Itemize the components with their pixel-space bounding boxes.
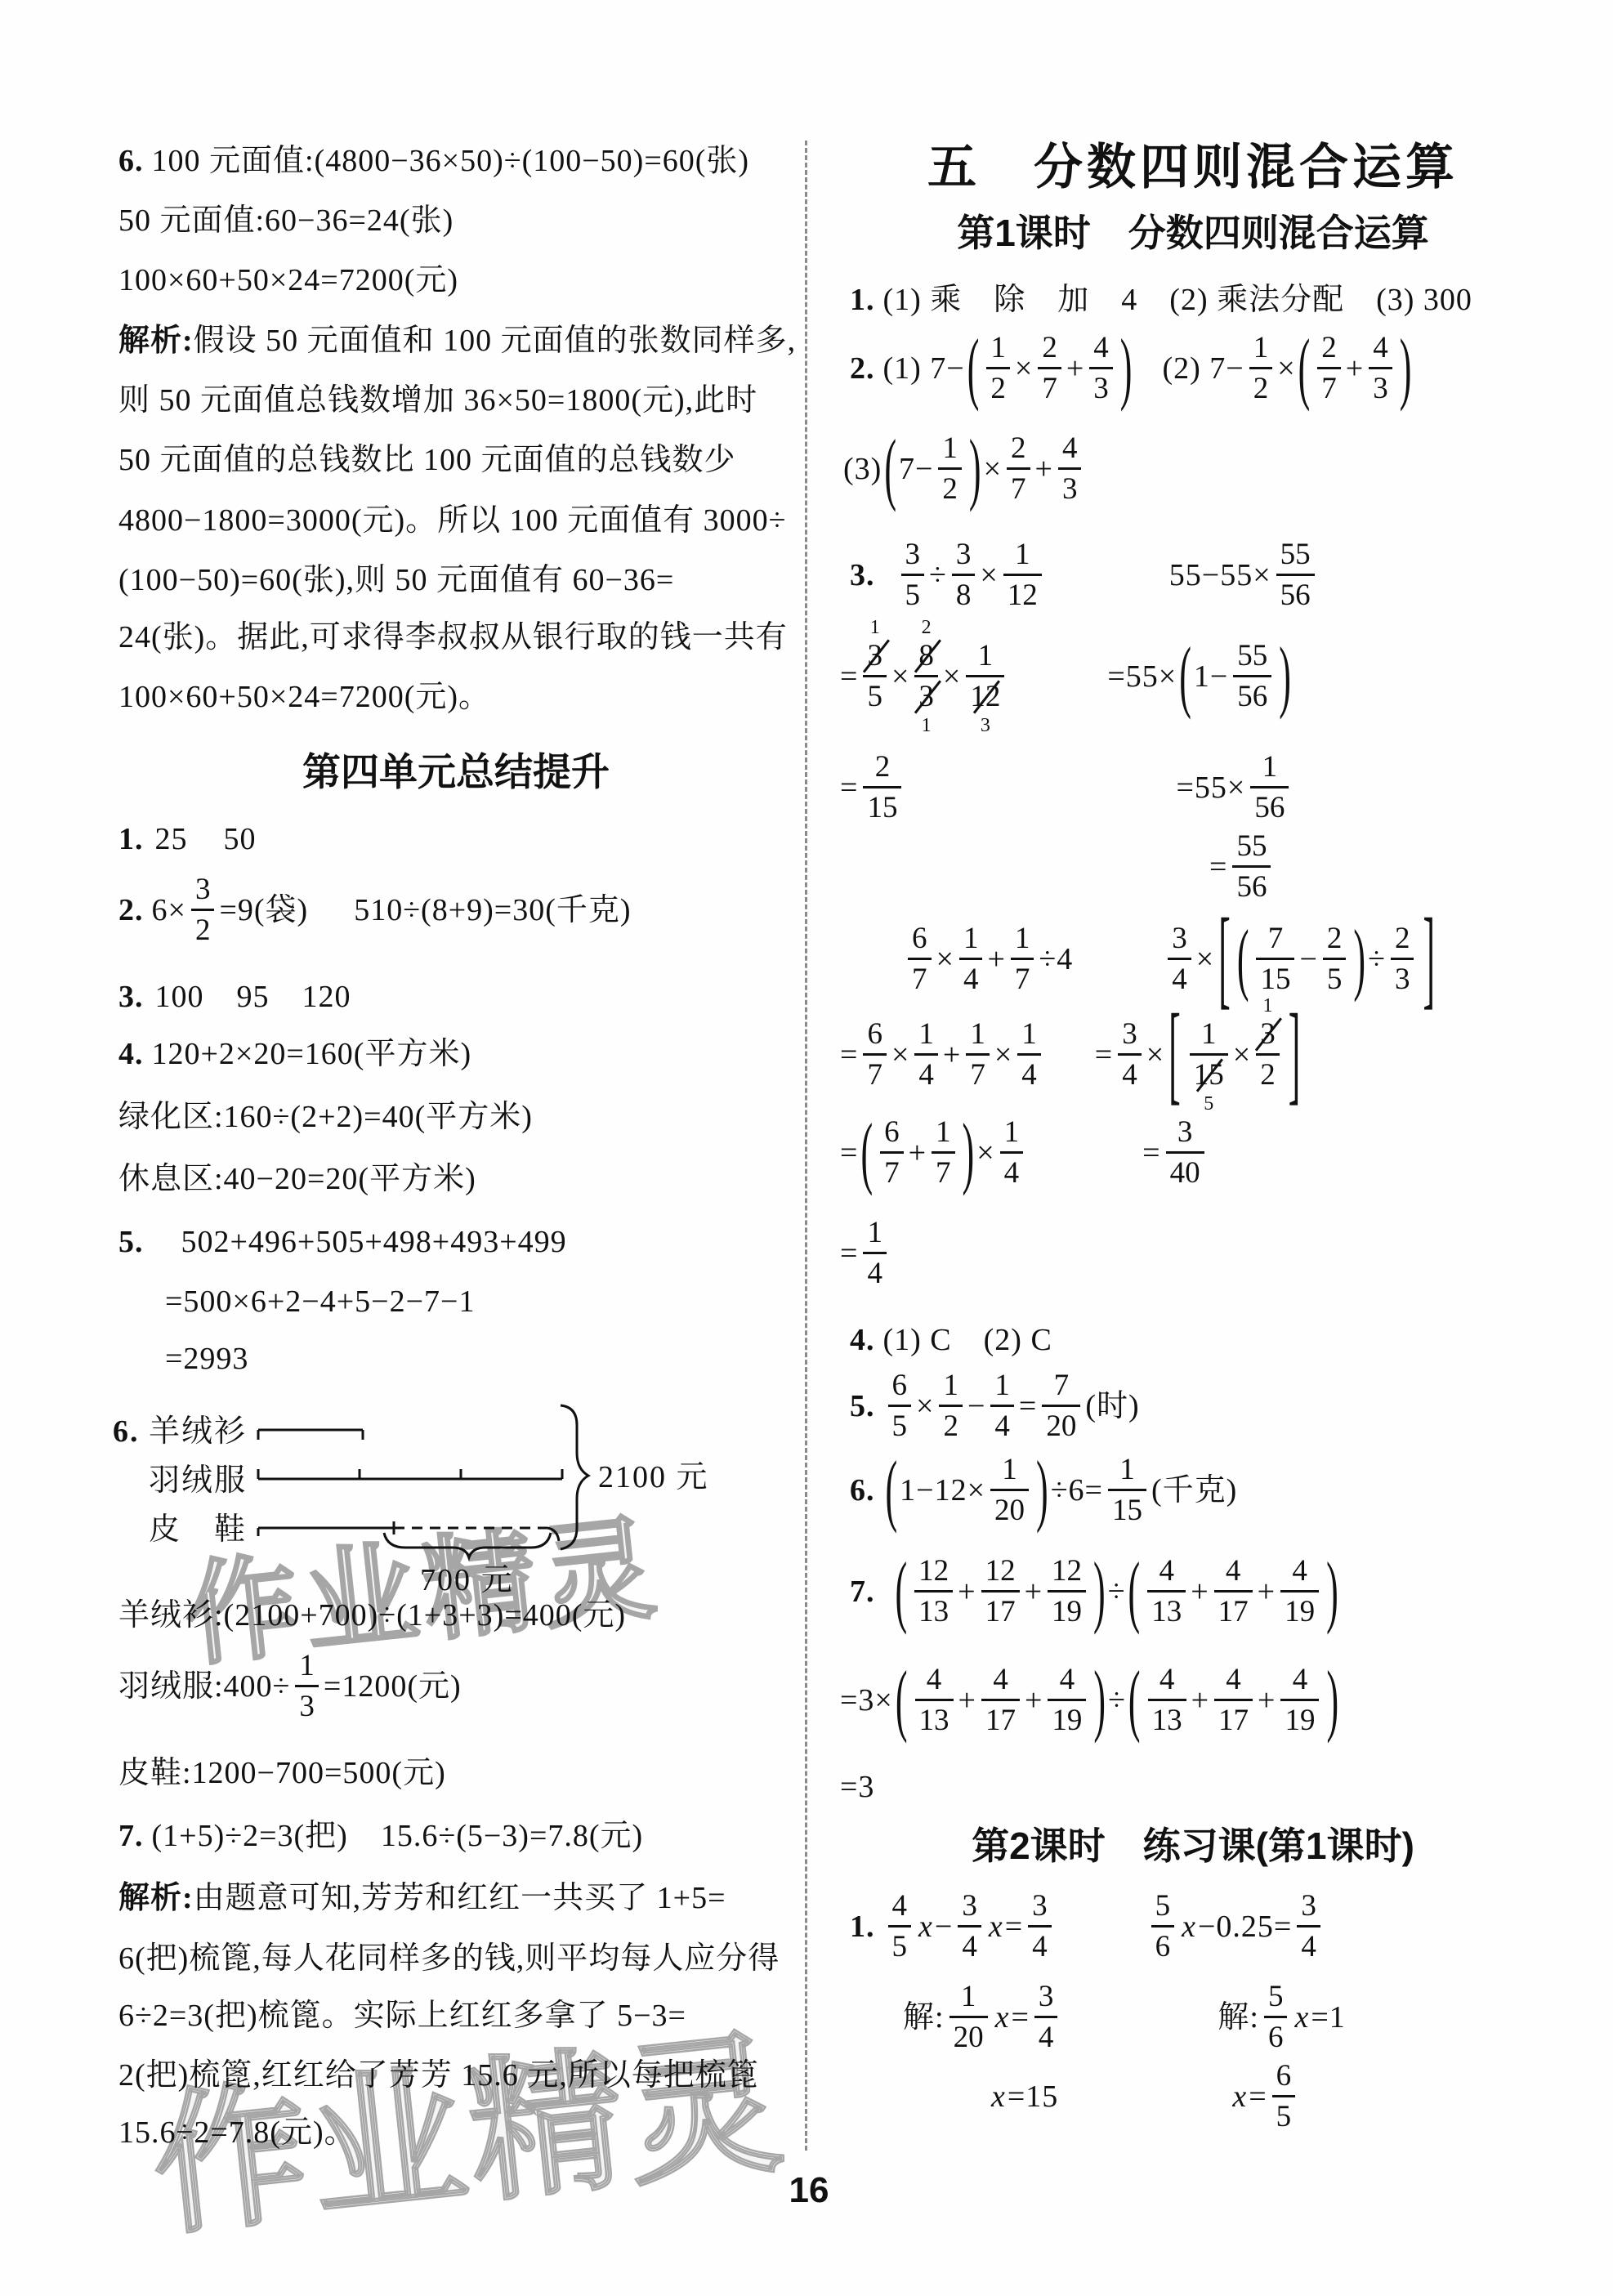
fraction: 417 [1214, 1554, 1253, 1629]
fraction: 215 [863, 750, 901, 825]
math-text: 510÷(8+9)=30(千克) [354, 886, 631, 935]
fraction: 56 [1151, 1889, 1175, 1964]
math-text: 2(把)梳篦,红红给了芳芳 15.6 元,所以每把梳篦 [118, 2051, 759, 2100]
spacer [875, 1926, 883, 1927]
spacer [875, 574, 896, 575]
fraction: 14 [990, 1369, 1014, 1444]
fraction-numerator: 4 [923, 1663, 946, 1696]
fraction-numerator: 2 [1317, 331, 1341, 364]
math-variable: x [989, 2072, 1008, 2121]
fraction-bar [1034, 2016, 1058, 2018]
fraction-numerator: 8 [914, 639, 938, 672]
fraction-numerator: 3 [1297, 1889, 1320, 1923]
fraction: 14 [1017, 1017, 1041, 1092]
math-text: 解: [903, 1993, 945, 2042]
fraction-bar [863, 1053, 887, 1056]
fraction-bar [915, 1699, 954, 1701]
math-text: −0.25= [1198, 1902, 1292, 1951]
math-text: × [936, 935, 954, 984]
fraction-numerator: 1 [1197, 1017, 1221, 1051]
fraction-bar [938, 467, 962, 470]
diagram-row2-bar [258, 1469, 562, 1479]
diagram-under-label: 700 元 [420, 1563, 514, 1597]
fraction-numerator: 6 [908, 922, 932, 955]
math-text: 6(把)梳篦,每人花同样多的钱,则平均每人应分得 [118, 1934, 780, 1983]
big-paren: ) [963, 1097, 975, 1208]
fraction-denominator: 7 [863, 1058, 887, 1092]
fraction: 25 [1323, 922, 1347, 997]
math-text: = [840, 763, 858, 812]
fraction-bar [959, 958, 983, 960]
math-line: =3 [840, 1762, 874, 1811]
math-text: + [987, 935, 1005, 984]
fraction-bar [1118, 1053, 1142, 1056]
math-line: =135×2831×1123=55×(1−5556) [840, 639, 1294, 714]
math-text: 502+496+505+498+493+499 [181, 1217, 567, 1266]
fraction-denominator: 5 [901, 578, 925, 612]
fraction-denominator: 13 [1147, 1595, 1186, 1628]
fraction-denominator: 4 [959, 963, 983, 996]
item-number: 7. [118, 1811, 144, 1860]
math-text: = [1142, 1128, 1160, 1177]
fraction-denominator: 19 [1280, 1595, 1319, 1628]
math-line: 6÷2=3(把)梳篦。实际上红红多拿了 5−3= [118, 1991, 686, 2040]
math-line: 皮鞋:1200−700=500(元) [118, 1749, 446, 1798]
math-variable: x [916, 1902, 935, 1951]
spacer [144, 909, 152, 910]
fraction-numerator: 3 [1028, 1889, 1052, 1923]
math-line: 绿化区:160÷(2+2)=40(平方米) [118, 1092, 533, 1141]
fraction: 419 [1280, 1663, 1319, 1738]
fraction-denominator: 19 [1048, 1704, 1086, 1737]
math-text: − [935, 1902, 953, 1951]
math-text: × [1233, 1030, 1251, 1079]
fraction-bar [981, 1590, 1020, 1592]
workbook-answer-page: 作业精灵 作业精灵 第四单元总结提升 五 分数四则混合运算 第1课时 分数四则混… [0, 0, 1613, 2296]
fraction-denominator: 15 [863, 791, 901, 824]
math-text: =1 [1311, 1993, 1345, 2042]
fraction-denominator: 12 [966, 680, 1004, 713]
math-text: + [1258, 1676, 1276, 1725]
math-text: ÷ [929, 551, 947, 600]
fraction-bar [1038, 367, 1061, 369]
math-text: + [1258, 1567, 1276, 1616]
fraction-bar [958, 1925, 981, 1927]
math-line: (3) (7−12)×27+43 [843, 431, 1086, 507]
math-text: + [1025, 1676, 1043, 1725]
math-text: =1200(元) [324, 1662, 462, 1711]
fraction-numerator: 2 [1007, 431, 1030, 465]
math-text: + [943, 1030, 961, 1079]
fraction-numerator: 1 [914, 1017, 938, 1051]
fraction-numerator: 1 [1000, 1115, 1024, 1149]
item-number: 7. [850, 1567, 875, 1616]
item-number: 5. [118, 1217, 144, 1266]
fraction-bar [863, 675, 887, 677]
fraction-denominator: 15 [1108, 1494, 1146, 1527]
fraction-numerator: 3 [863, 639, 887, 672]
fraction-bar [1232, 865, 1271, 868]
fraction-numerator: 1 [998, 1453, 1021, 1486]
diagram-item-number: 6. [113, 1414, 140, 1449]
spacer [875, 1490, 883, 1490]
cancel-annotation: 3 [981, 716, 990, 735]
fraction-bar [191, 909, 215, 911]
math-line: 羽绒服:400÷13=1200(元) [118, 1649, 462, 1724]
fraction-bar [863, 786, 901, 788]
fraction-denominator: 2 [986, 372, 1010, 405]
fraction-denominator: 13 [915, 1704, 954, 1737]
math-variable: x [993, 1993, 1012, 2042]
item-number: 解析: [118, 316, 194, 365]
fraction-numerator: 1 [959, 922, 983, 955]
fraction-bar [908, 958, 932, 960]
spacer [144, 839, 155, 840]
big-paren: ) [1400, 313, 1412, 423]
spacer [144, 1054, 152, 1055]
fraction-denominator: 2 [938, 472, 962, 506]
math-text: × [980, 551, 998, 600]
math-line: x=15x=65 [989, 2059, 1300, 2134]
fraction-denominator: 19 [1280, 1704, 1319, 1737]
big-paren: ( [1128, 1645, 1141, 1755]
math-line: 4.(1) C (2) C [850, 1316, 1052, 1365]
spacer [1046, 1054, 1095, 1055]
fraction-denominator: 4 [1297, 1930, 1320, 1963]
fraction-bar [1280, 1590, 1319, 1592]
fraction-denominator: 4 [914, 1058, 938, 1092]
big-paren: ) [1120, 313, 1133, 423]
big-paren: ) [1279, 621, 1291, 731]
left-column: 6.100 元面值:(4800−36×50)÷(100−50)=60(张)50 … [106, 0, 806, 2296]
math-line: 15.6÷2=7.8(元)。 [118, 2108, 356, 2157]
fraction-bar [914, 675, 938, 677]
math-text: × [1277, 344, 1295, 393]
math-text: × [984, 444, 1002, 494]
fraction-numerator: 55 [1276, 538, 1315, 571]
math-text: 羽绒服:400÷ [118, 1662, 290, 1711]
bar-diagram: 6. 羊绒衫 羽绒服 皮 鞋 700 元 2100 元 [106, 1383, 806, 1619]
big-paren: ) [1353, 904, 1365, 1014]
big-paren: ] [1289, 979, 1301, 1131]
fraction-numerator: 1 [1115, 1453, 1139, 1486]
big-paren: ( [967, 313, 980, 423]
fraction-numerator: 1 [957, 1980, 981, 2013]
big-paren: ) [1326, 1645, 1338, 1755]
big-paren: ) [1093, 1645, 1106, 1755]
fraction-numerator: 1 [938, 431, 962, 465]
math-line: 3.35÷38×11255−55×5556 [850, 538, 1320, 613]
math-line: 1.45x−34x=3456x−0.25=34 [850, 1889, 1325, 1964]
fraction: 65 [1272, 2059, 1296, 2134]
fraction-numerator: 1 [1017, 1017, 1041, 1051]
fraction-numerator: 2 [1038, 331, 1061, 364]
math-text: ÷ [1108, 1676, 1126, 1725]
fraction: 12 [938, 431, 962, 507]
fraction: 27 [1007, 431, 1030, 507]
fraction-denominator: 5 [1323, 963, 1347, 996]
math-text: = [840, 1128, 858, 1177]
fraction: 34 [1028, 1889, 1052, 1964]
fraction: 112 [1003, 538, 1042, 613]
big-paren: ( [1237, 904, 1249, 1014]
diagram-row3-label: 皮 鞋 [149, 1512, 247, 1547]
spacer [308, 909, 354, 910]
fraction-bar [1168, 958, 1191, 960]
fraction-denominator: 4 [1000, 1156, 1024, 1190]
big-paren: ( [1179, 621, 1191, 731]
fraction-bar [990, 1405, 1014, 1407]
item-number: 6. [850, 1466, 875, 1515]
fraction: 67 [880, 1115, 904, 1190]
math-line: =67×14+17×14=34×[1155×132] [840, 1017, 1304, 1092]
fraction-denominator: 2 [1249, 372, 1273, 405]
math-text: 120+2×20=160(平方米) [152, 1030, 472, 1079]
fraction: 45 [888, 1889, 912, 1964]
fraction-bar [1214, 1590, 1253, 1592]
fraction-bar [1250, 786, 1289, 788]
math-text: 6× [152, 886, 186, 935]
math-line: 则 50 元面值总钱数增加 36×50=1800(元),此时 [118, 376, 757, 425]
fraction-bar [888, 1925, 912, 1927]
item-number: 1. [850, 1902, 875, 1951]
fraction-bar [1048, 1699, 1086, 1701]
fraction-bar [901, 574, 925, 576]
fraction: 17 [1011, 922, 1034, 997]
fraction: 5556 [1233, 639, 1271, 714]
fraction-bar [952, 574, 976, 576]
math-text: × [1146, 1030, 1164, 1079]
math-text: = [1011, 1993, 1029, 2042]
math-text: (时) [1085, 1382, 1139, 1431]
right-column: 1.(1) 乘 除 加 4 (2) 乘法分配 (3) 3002.(1) 7−(1… [825, 0, 1561, 2296]
fraction-denominator: 7 [1317, 372, 1341, 405]
fraction-denominator: 56 [1232, 870, 1271, 904]
fraction: 17 [932, 1115, 955, 1190]
math-text: + [909, 1128, 927, 1177]
fraction-bar [888, 1405, 912, 1407]
fraction-bar [1017, 1053, 1041, 1056]
fraction-denominator: 17 [981, 1704, 1020, 1737]
spacer [1047, 574, 1169, 575]
fraction-numerator: 4 [1056, 1663, 1079, 1696]
fraction-denominator: 8 [952, 578, 976, 612]
fraction: 120 [949, 1980, 988, 2055]
math-line: 休息区:40−20=20(平方米) [118, 1155, 476, 1204]
fraction-numerator: 4 [1222, 1663, 1245, 1696]
math-text: 50 [224, 815, 257, 864]
math-line: 解析:由题意可知,芳芳和红红一共买了 1+5= [118, 1874, 726, 1923]
fraction: 34 [1118, 1017, 1142, 1092]
math-line: =14 [840, 1216, 891, 1291]
math-text: 解: [1218, 1993, 1259, 2042]
fraction-numerator: 12 [914, 1554, 953, 1588]
fraction: 27 [1317, 331, 1341, 406]
spacer [875, 1340, 883, 1341]
fraction-numerator: 4 [989, 1663, 1012, 1696]
fraction: 43 [1089, 331, 1113, 406]
fraction-bar [295, 1685, 319, 1687]
fraction: 12 [986, 331, 1010, 406]
math-text: 绿化区:160÷(2+2)=40(平方米) [118, 1092, 533, 1141]
big-paren: ( [886, 1435, 898, 1545]
fraction: 12 [1249, 331, 1273, 406]
item-number: 3. [850, 551, 875, 600]
spacer [875, 368, 883, 369]
fraction-numerator: 4 [1155, 1554, 1178, 1588]
fraction-bar [1264, 2016, 1288, 2018]
math-text: 100 元面值:(4800−36×50)÷(100−50)=60(张) [152, 136, 750, 185]
fraction-bar [1249, 367, 1273, 369]
math-text: = [840, 652, 858, 701]
big-paren: [ [1168, 979, 1181, 1131]
fraction-denominator: 7 [1038, 372, 1061, 405]
fraction: 34 [1034, 1980, 1058, 2055]
math-text: = [1095, 1030, 1113, 1079]
spacer [1028, 1152, 1142, 1153]
fraction: 115 [1108, 1453, 1146, 1528]
fraction-bar [949, 2016, 988, 2018]
fraction-numerator: 1 [966, 1017, 990, 1051]
fraction-numerator: 6 [863, 1017, 887, 1051]
fraction-denominator: 5 [1272, 2100, 1296, 2133]
fraction-bar [1147, 1590, 1186, 1592]
math-text: − [967, 1382, 985, 1431]
fraction-numerator: 1 [974, 639, 998, 672]
fraction-bar [880, 1151, 904, 1154]
fraction-bar [1003, 574, 1042, 576]
item-number: 2. [118, 886, 144, 935]
fraction-denominator: 4 [1017, 1058, 1041, 1092]
math-line: 100×60+50×24=7200(元) [118, 256, 458, 305]
fraction: 413 [1148, 1663, 1186, 1738]
fraction-denominator: 17 [981, 1595, 1020, 1628]
math-text: (1+5)÷2=3(把) [152, 1811, 348, 1860]
fraction-bar [1272, 2095, 1296, 2097]
fraction-denominator: 2 [939, 1409, 963, 1443]
fraction-numerator: 1 [863, 1216, 887, 1249]
fraction-numerator: 7 [1264, 922, 1288, 955]
fraction: 38 [952, 538, 976, 613]
spacer [144, 997, 155, 998]
fraction: 413 [915, 1663, 954, 1738]
math-text: 1− [1194, 652, 1228, 701]
fraction-numerator: 3 [901, 538, 925, 571]
fraction-bar [863, 1252, 887, 1254]
math-line: 5.502+496+505+498+493+499 [118, 1217, 567, 1266]
fraction-denominator: 56 [1276, 578, 1315, 612]
fraction-bar [1007, 467, 1030, 470]
fraction-denominator: 2 [1256, 1058, 1280, 1092]
fraction-bar [1058, 467, 1082, 470]
math-text: 95 [237, 972, 270, 1021]
fraction-numerator: 55 [1233, 639, 1271, 672]
fraction: 34 [958, 1889, 981, 1964]
math-text: = [1019, 1382, 1037, 1431]
big-paren: ) [1093, 1536, 1106, 1646]
fraction-numerator: 4 [1222, 1554, 1245, 1588]
math-text: =55× [1107, 652, 1177, 701]
fraction-numerator: 55 [1232, 829, 1271, 863]
fraction: 13 [295, 1649, 319, 1724]
big-paren: ( [896, 1536, 908, 1646]
fraction: 27 [1038, 331, 1061, 406]
fraction-denominator: 7 [880, 1156, 904, 1190]
fraction: 5556 [1232, 829, 1271, 905]
fraction-numerator: 12 [981, 1554, 1020, 1588]
big-paren: ) [1036, 1435, 1048, 1545]
fraction: 132 [1256, 1017, 1280, 1092]
math-text: 100 [155, 972, 204, 1021]
math-text: = [840, 1030, 858, 1079]
math-line: 解析:假设 50 元面值和 100 元面值的张数同样多, [118, 316, 796, 365]
math-line: 6.100 元面值:(4800−36×50)÷(100−50)=60(张) [118, 136, 749, 185]
fraction-bar [1048, 1590, 1086, 1592]
fraction-numerator: 1 [1011, 538, 1034, 571]
math-text: × [994, 1030, 1012, 1079]
spacer [1062, 2017, 1218, 2017]
spacer [1073, 958, 1163, 959]
fraction-denominator: 3 [1089, 372, 1113, 405]
math-text: (3) [843, 444, 882, 494]
fraction: 135 [863, 639, 887, 714]
diagram-row3-bar-solid [258, 1521, 394, 1536]
fraction: 5556 [1276, 538, 1315, 613]
fraction-numerator: 1 [986, 331, 1010, 364]
math-text: ÷ [1108, 1567, 1126, 1616]
item-number: 1. [118, 815, 144, 864]
fraction-numerator: 4 [1058, 431, 1082, 465]
spacer [144, 1242, 181, 1243]
fraction-denominator: 4 [863, 1257, 887, 1290]
math-text: = [1249, 2072, 1267, 2121]
fraction-numerator: 7 [1050, 1369, 1074, 1402]
item-number: 3. [118, 972, 144, 1021]
math-line: 50 元面值:60−36=24(张) [118, 196, 454, 245]
math-text: 休息区:40−20=20(平方米) [118, 1155, 476, 1204]
fraction-bar [1000, 1151, 1024, 1154]
fraction: 67 [908, 922, 932, 997]
diagram-row1-bar [258, 1430, 363, 1440]
fraction-bar [939, 1405, 963, 1407]
fraction-numerator: 4 [1155, 1663, 1179, 1696]
big-paren: ( [1298, 313, 1311, 423]
math-text: =500×6+2−4+5−2−7−1 [165, 1277, 475, 1326]
fraction-bar [1042, 1405, 1080, 1407]
math-line: =215=55×156 [840, 750, 1294, 825]
fraction-numerator: 3 [1168, 922, 1191, 955]
math-text: (1) C (2) C [883, 1316, 1052, 1365]
fraction-denominator: 6 [1264, 2021, 1288, 2054]
item-number: 1. [850, 275, 875, 324]
fraction-bar [966, 675, 1004, 677]
diagram-row1-label: 羊绒衫 [149, 1414, 247, 1449]
fraction-denominator: 19 [1048, 1595, 1086, 1628]
math-text: × [916, 1382, 934, 1431]
math-text: (100−50)=60(张),则 50 元面值有 60−36= [118, 556, 674, 605]
math-text: 120 [302, 972, 351, 1021]
fraction: 1123 [966, 639, 1004, 714]
fraction-numerator: 3 [958, 1889, 981, 1923]
fraction-denominator: 3 [1058, 472, 1082, 506]
fraction-denominator: 7 [908, 963, 932, 996]
spacer [875, 1405, 883, 1406]
fraction-denominator: 7 [1011, 963, 1034, 996]
fraction-numerator: 5 [1151, 1889, 1175, 1923]
spacer [144, 161, 152, 162]
item-number: 解析: [118, 1874, 194, 1923]
big-paren: ( [896, 1645, 908, 1755]
